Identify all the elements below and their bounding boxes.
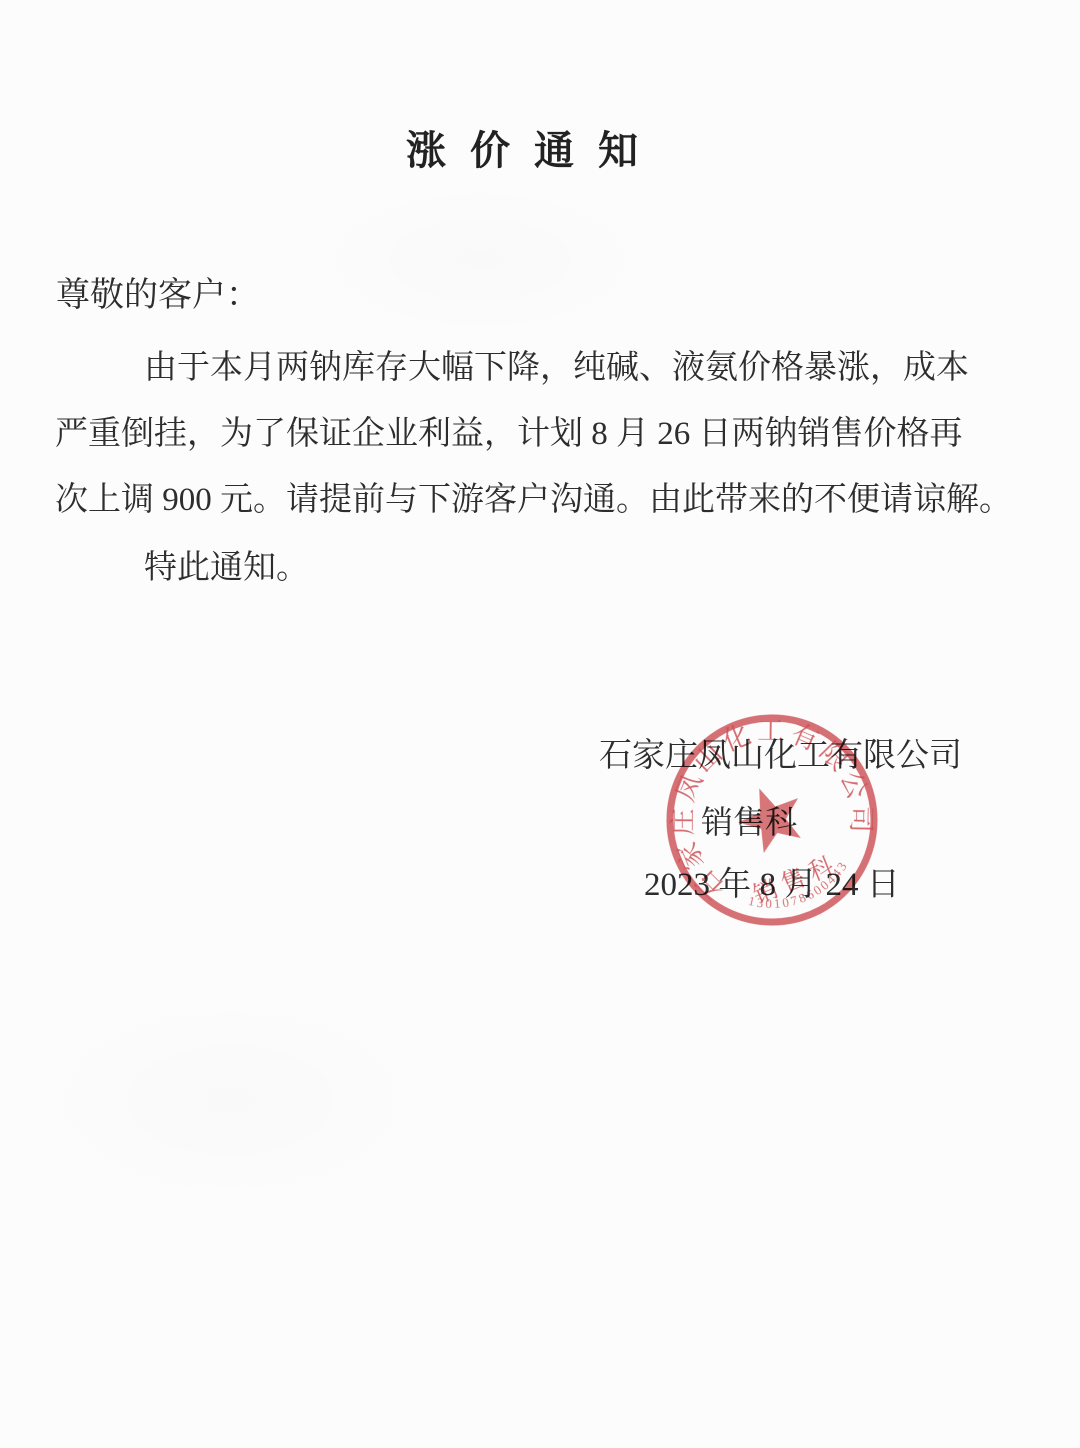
body-line-3: 次上调 900 元。请提前与下游客户沟通。由此带来的不便请谅解。: [55, 484, 1012, 517]
body-line-2: 严重倒挂，为了保证企业利益，计划 8 月 26 日两钠销售价格再: [55, 418, 963, 451]
body-line-4: 特此通知。: [144, 552, 309, 585]
body-line-1: 由于本月两钠库存大幅下降，纯碱、液氨价格暴涨，成本: [144, 352, 969, 385]
page-title: 涨 价 通 知: [406, 131, 641, 171]
salutation: 尊敬的客户：: [56, 279, 260, 313]
company-seal: 石家庄凤山化工有限公司 销售科 1301078600443: [616, 664, 928, 976]
scanned-notice-page: 涨 价 通 知 尊敬的客户： 由于本月两钠库存大幅下降，纯碱、液氨价格暴涨，成本…: [0, 0, 1080, 1448]
seal-star-icon: [729, 776, 812, 857]
